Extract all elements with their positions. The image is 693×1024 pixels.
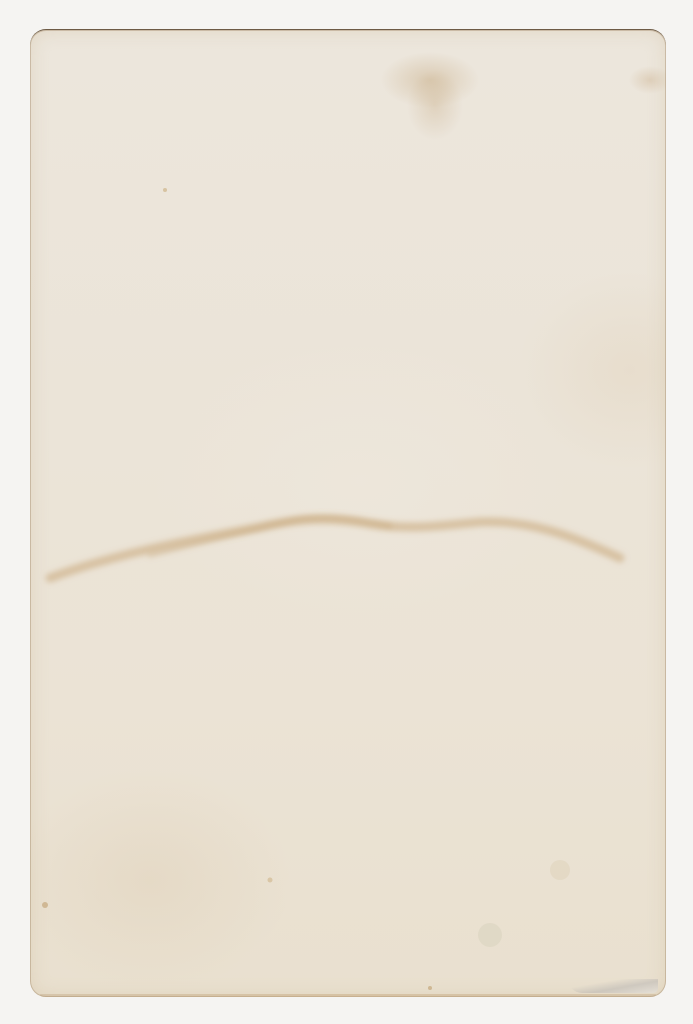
water-stain xyxy=(30,30,666,997)
card-bottom-edge xyxy=(40,994,656,997)
cabinet-card-back xyxy=(30,29,666,997)
photo-scene xyxy=(0,0,693,1024)
corner-wear xyxy=(568,979,658,993)
